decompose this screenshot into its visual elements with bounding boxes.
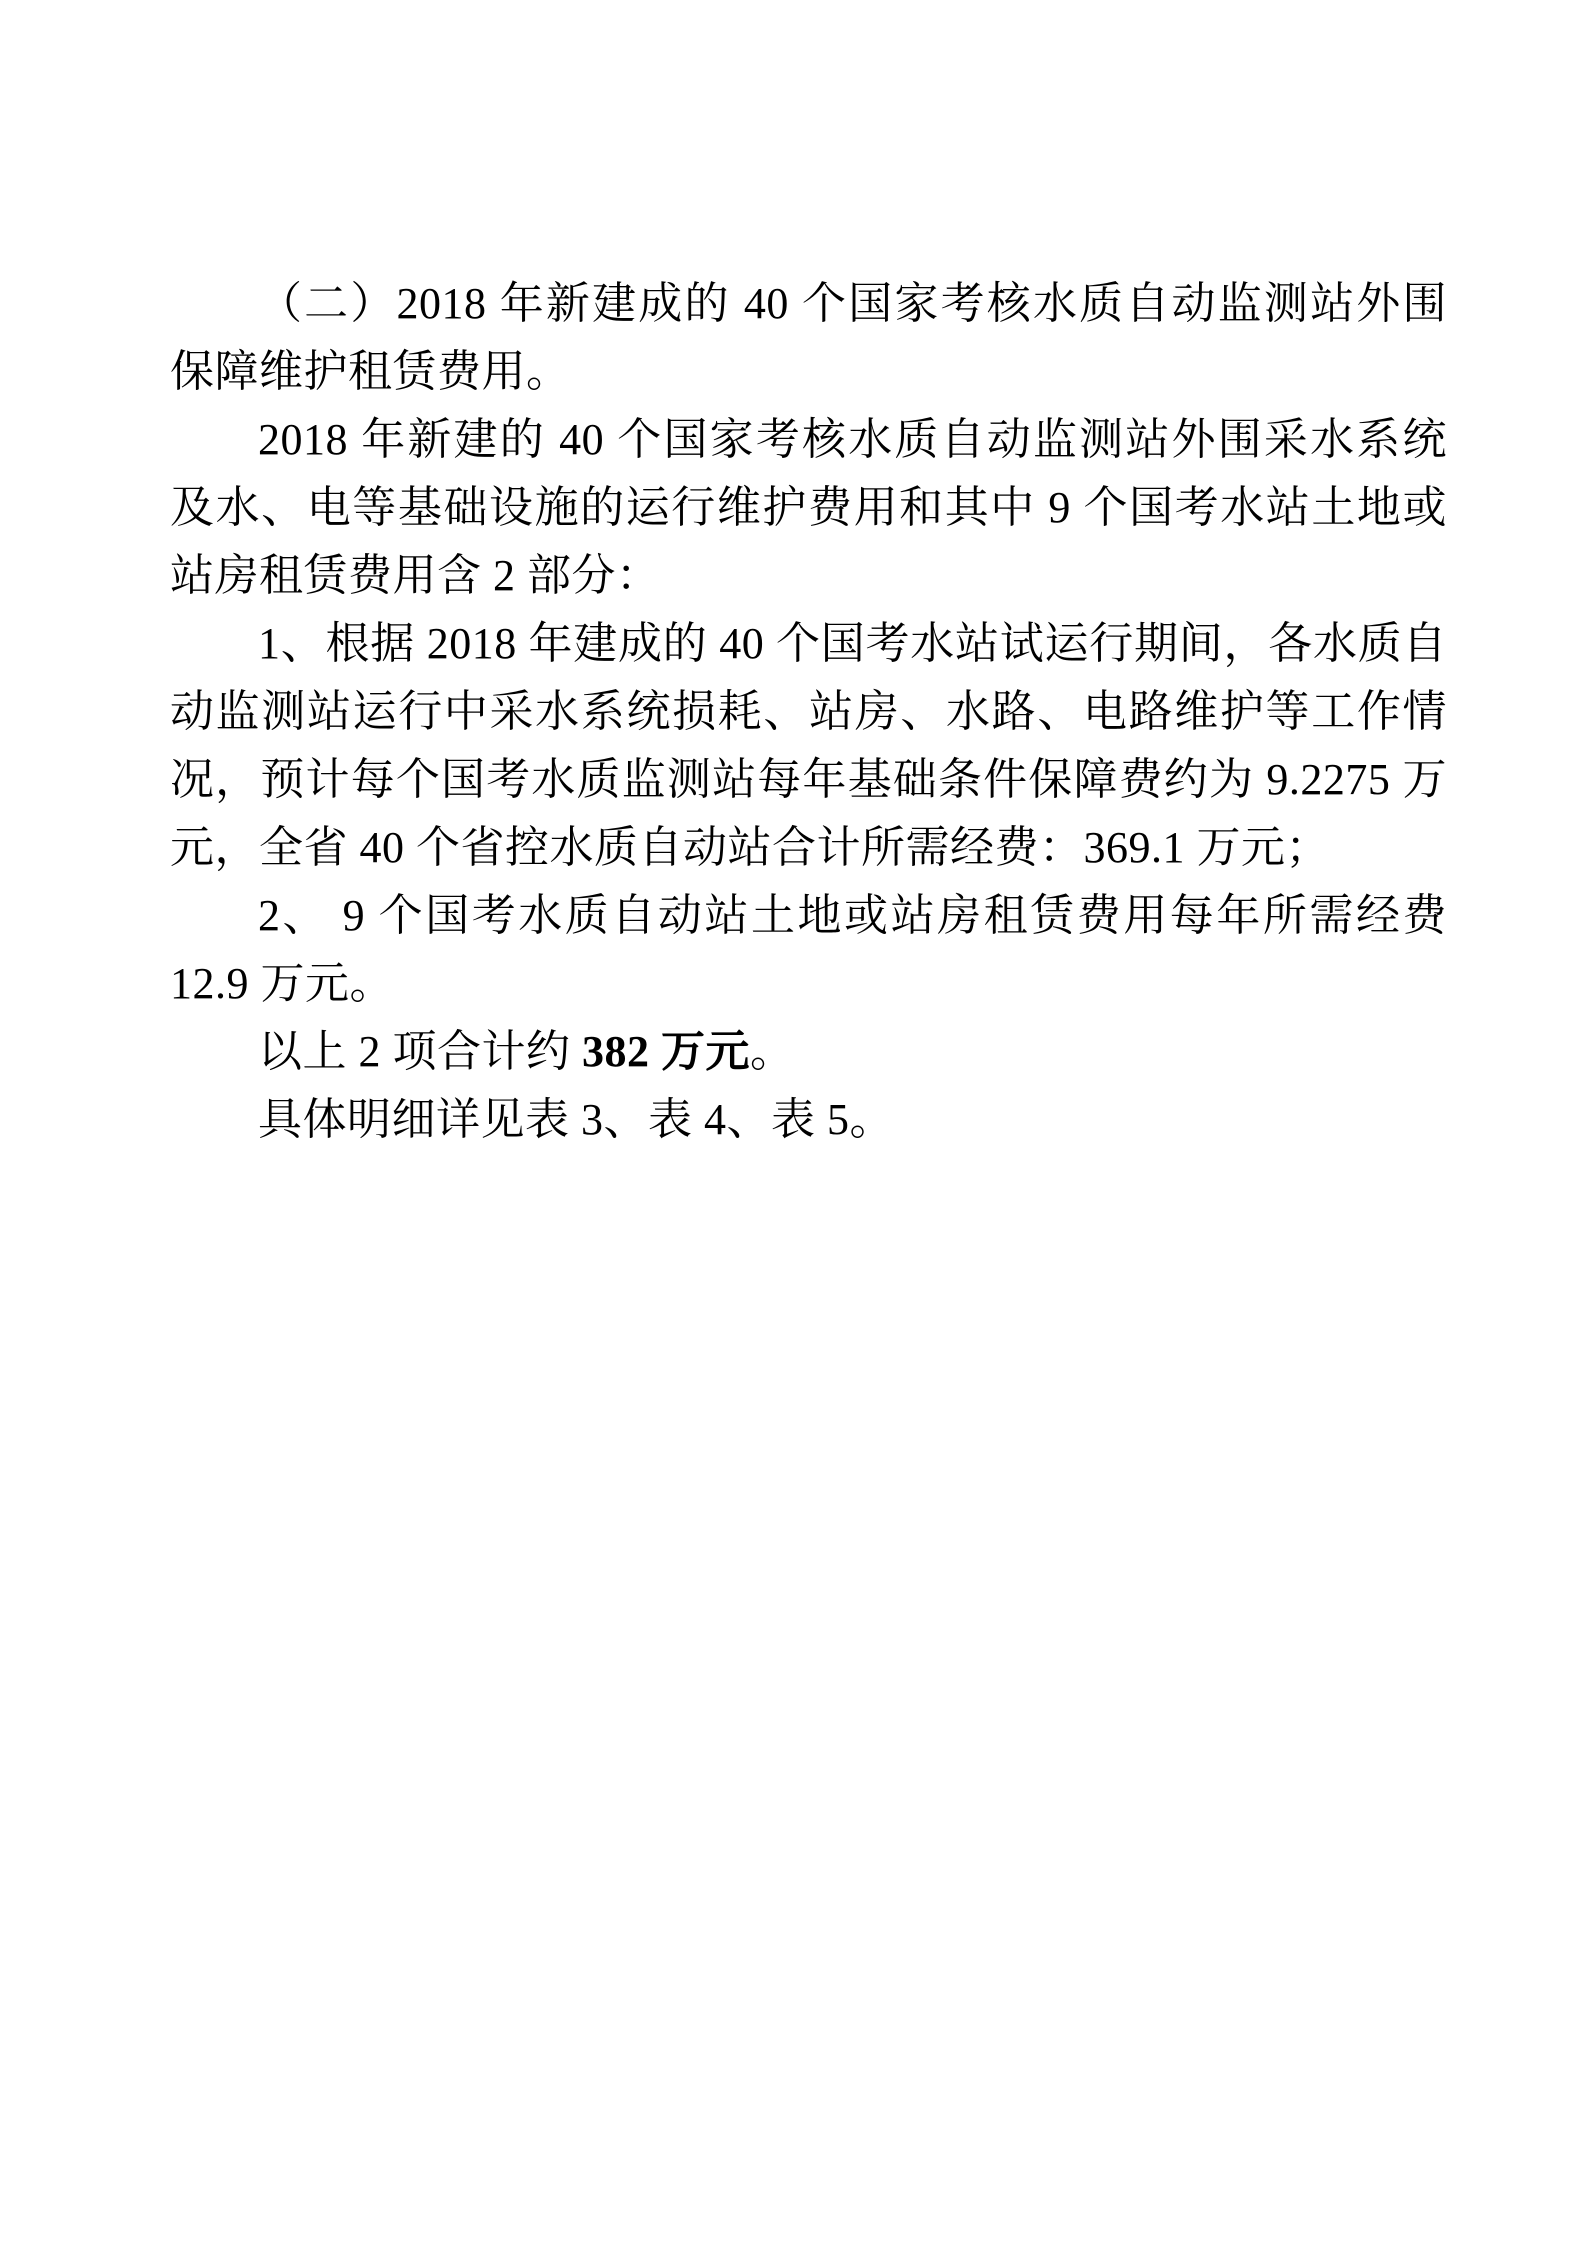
paragraph-item-2: 2、 9 个国考水质自动站土地或站房租赁费用每年所需经费 12.9 万元。 — [170, 882, 1447, 1018]
paragraph-intro: 2018 年新建的 40 个国家考核水质自动监测站外围采水系统及水、电等基础设施… — [170, 406, 1447, 610]
paragraph-section-heading: （二）2018 年新建成的 40 个国家考核水质自动监测站外围保障维护租赁费用。 — [170, 270, 1447, 406]
document-page: （二）2018 年新建成的 40 个国家考核水质自动监测站外围保障维护租赁费用。… — [0, 0, 1587, 2245]
paragraph-total: 以上 2 项合计约 382 万元。 — [170, 1018, 1447, 1086]
total-prefix: 以上 2 项合计约 — [258, 1027, 582, 1076]
total-amount: 382 万元 — [582, 1027, 750, 1076]
paragraph-reference: 具体明细详见表 3、表 4、表 5。 — [170, 1086, 1447, 1154]
total-suffix: 。 — [750, 1027, 795, 1076]
paragraph-item-1: 1、根据 2018 年建成的 40 个国考水站试运行期间，各水质自动监测站运行中… — [170, 610, 1447, 882]
